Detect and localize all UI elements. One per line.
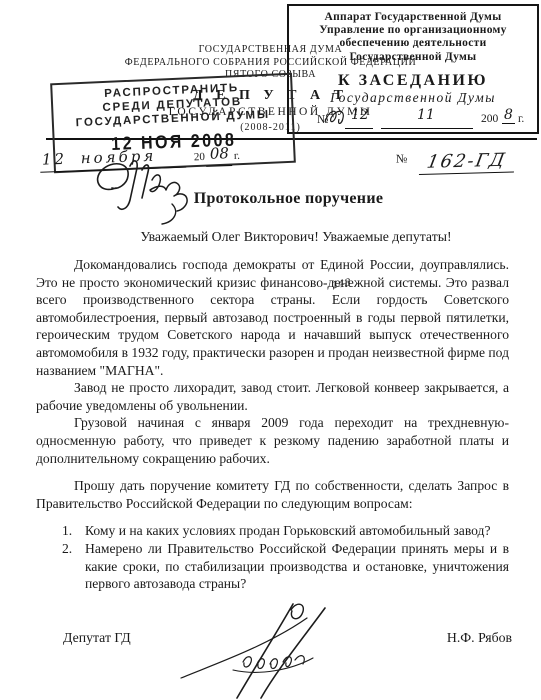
document-title: Протокольное поручение xyxy=(36,190,541,208)
list-item: 1. Кому и на каких условиях продан Горьк… xyxy=(36,522,509,540)
session-month-blank xyxy=(381,128,473,129)
apparat-session-stamp: Аппарат Государственной Думы Управление … xyxy=(287,4,539,134)
signer-role: Депутат ГД xyxy=(63,630,131,646)
paragraph-2: Завод не просто лихорадит, завод стоит. … xyxy=(36,379,509,414)
paragraph-3: Грузовой начиная с января 2009 года пере… xyxy=(36,414,509,467)
apparat-line1: Аппарат Государственной Думы xyxy=(289,6,537,24)
session-year-handwritten: 8 xyxy=(502,107,515,124)
apparat-line2: Управление по организационному xyxy=(289,24,537,37)
session-day-blank xyxy=(345,128,373,129)
session-stamp-subtitle: Государственной Думы xyxy=(289,90,537,106)
paragraph-4: Прошу дать поручение комитету ГД по собс… xyxy=(36,477,509,512)
session-month-handwritten: 11 xyxy=(417,107,435,123)
list-item: 2. Намерено ли Правительство Российской … xyxy=(36,540,509,593)
list-item-number: 2. xyxy=(62,540,72,558)
date-suffix: г. xyxy=(234,150,240,162)
year-underline xyxy=(206,165,232,167)
list-item-text: Кому и на каких условиях продан Горьковс… xyxy=(85,523,491,538)
document-number-value: 162-ГД xyxy=(419,149,518,175)
session-year-suffix: г. xyxy=(518,113,524,125)
apparat-line4: Государственной Думы xyxy=(289,51,537,64)
paragraph-1: Докомандовались господа демократы от Еди… xyxy=(36,256,509,379)
apparat-line3: обеспечению деятельности xyxy=(289,37,537,50)
question-list: 1. Кому и на каких условиях продан Горьк… xyxy=(36,522,509,592)
document-page: ГОСУДАРСТВЕННАЯ ДУМА ФЕДЕРАЛЬНОГО СОБРАН… xyxy=(0,0,541,700)
session-stamp-title: К ЗАСЕДАНИЮ xyxy=(289,72,537,90)
session-year-printed: 200 xyxy=(481,113,498,125)
session-stamp-number-line: № 12 11 200 8 г. xyxy=(289,108,537,132)
document-body: Докомандовались господа демократы от Еди… xyxy=(36,256,509,593)
list-item-text: Намерено ли Правительство Российской Фед… xyxy=(85,541,509,591)
list-item-number: 1. xyxy=(62,522,72,540)
document-number-label: № xyxy=(396,151,408,165)
handwritten-year: 08 xyxy=(209,144,229,163)
document-number: № 162-ГД xyxy=(396,148,517,175)
signer-name: Н.Ф. Рябов xyxy=(447,630,512,646)
deputy-signature xyxy=(175,602,345,700)
greeting: Уважаемый Олег Викторович! Уважаемые деп… xyxy=(36,229,541,245)
session-day-handwritten: 12 xyxy=(351,107,369,123)
